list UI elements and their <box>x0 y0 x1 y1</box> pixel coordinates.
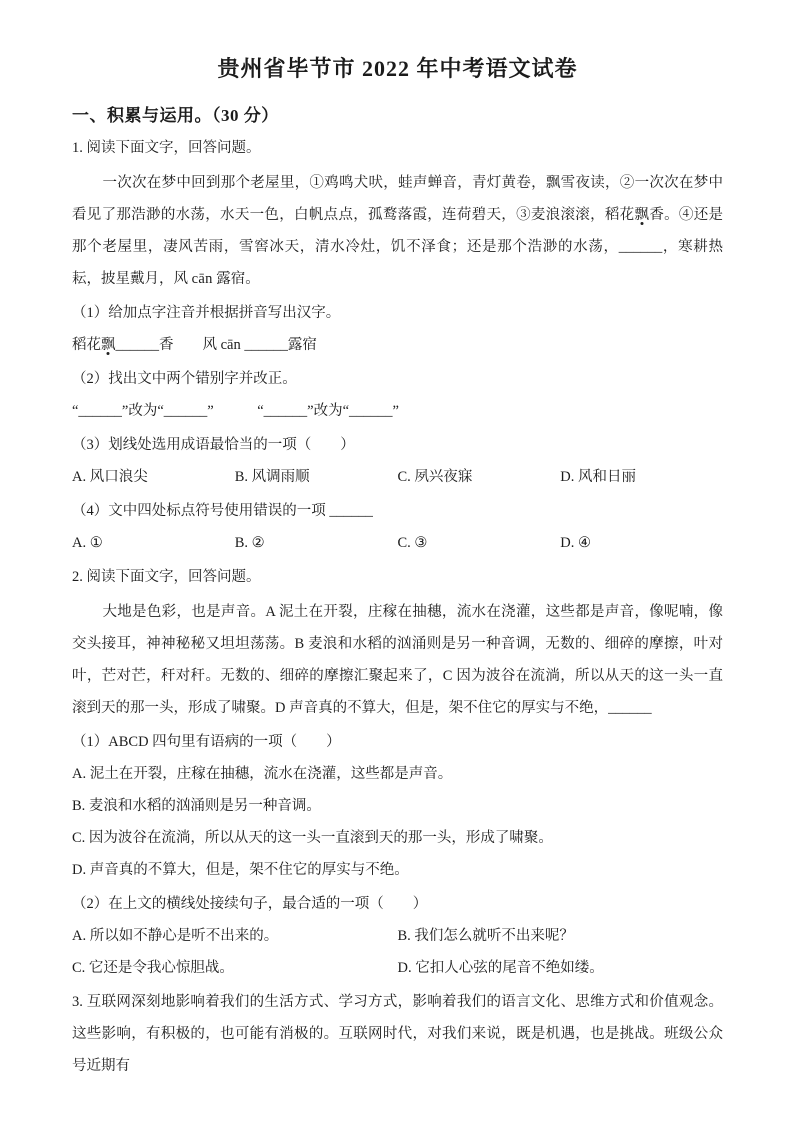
q2-sub2-options: A. 所以如不静心是听不出来的。 B. 我们怎么就听不出来呢？ C. 它还是令我… <box>72 920 723 984</box>
exam-paper-page: 贵州省毕节市 2022 年中考语文试卷 一、积累与运用。（30 分） 1. 阅读… <box>0 0 793 1122</box>
q1-passage-pinyin: cān <box>192 271 213 287</box>
q1-sub4-option-c: C. ③ <box>398 527 561 559</box>
q1-passage-text-3: 露宿。 <box>213 271 260 287</box>
q2-passage: 大地是色彩，也是声音。A 泥土在开裂，庄稼在抽穗，流水在浇灌，这些都是声音，像呢… <box>72 596 723 724</box>
q2-intro: 2. 阅读下面文字，回答问题。 <box>72 561 723 593</box>
q1-sub3-options: A. 风口浪尖 B. 风调雨顺 C. 夙兴夜寐 D. 风和日丽 <box>72 461 723 493</box>
q1-sub4-options: A. ① B. ② C. ③ D. ④ <box>72 527 723 559</box>
q2-sub2-option-a: A. 所以如不静心是听不出来的。 <box>72 920 398 952</box>
q1-sub4-option-a: A. ① <box>72 527 235 559</box>
q1-sub1-blank-line: 稻花飘______香 风 cān ______露宿 <box>72 329 723 361</box>
q2-sub1-options: A. 泥土在开裂，庄稼在抽穗，流水在浇灌，这些都是声音。 B. 麦浪和水稻的汹涌… <box>72 758 723 886</box>
q2-sub1-option-d: D. 声音真的不算大，但是，架不住它的厚实与不绝。 <box>72 854 723 886</box>
q1-sub4-option-b: B. ② <box>235 527 398 559</box>
q2-sub2-option-c: C. 它还是令我心惊胆战。 <box>72 952 398 984</box>
q1-sub3-option-b: B. 风调雨顺 <box>235 461 398 493</box>
q2-sub2-label: （2）在上文的横线处接续句子，最合适的一项（ ） <box>72 888 723 920</box>
q1-sub2-blank-line: “______”改为“______” “______”改为“______” <box>72 395 723 427</box>
q2-sub1-label: （1）ABCD 四句里有语病的一项（ ） <box>72 726 723 758</box>
q1-sub1-blanks: ______香 风 cān ______露宿 <box>116 337 317 353</box>
q1-sub4-option-d: D. ④ <box>560 527 723 559</box>
q2-sub1-option-b: B. 麦浪和水稻的汹涌则是另一种音调。 <box>72 790 723 822</box>
q1-sub1-text-before: 稻花 <box>72 337 101 353</box>
q2-sub2-option-d: D. 它扣人心弦的尾音不绝如缕。 <box>398 952 724 984</box>
q3-text: 3. 互联网深刻地影响着我们的生活方式、学习方式，影响着我们的语言文化、思维方式… <box>72 986 723 1082</box>
q2-sub1-option-c: C. 因为波谷在流淌，所以从天的这一头一直滚到天的那一头，形成了啸聚。 <box>72 822 723 854</box>
q1-passage-text-1: 一次次在梦中回到那个老屋里，①鸡鸣犬吠，蛙声蝉音，青灯黄卷，飘雪夜读，②一次次在… <box>72 175 723 223</box>
q2-sub2-option-b: B. 我们怎么就听不出来呢？ <box>398 920 724 952</box>
q1-sub1-dotted-char: 飘 <box>101 337 116 353</box>
q1-sub3-option-d: D. 风和日丽 <box>560 461 723 493</box>
page-title: 贵州省毕节市 2022 年中考语文试卷 <box>72 52 723 83</box>
q1-passage: 一次次在梦中回到那个老屋里，①鸡鸣犬吠，蛙声蝉音，青灯黄卷，飘雪夜读，②一次次在… <box>72 167 723 295</box>
section-heading: 一、积累与运用。（30 分） <box>72 101 723 126</box>
q2-sub1-option-a: A. 泥土在开裂，庄稼在抽穗，流水在浇灌，这些都是声音。 <box>72 758 723 790</box>
q1-sub3-option-a: A. 风口浪尖 <box>72 461 235 493</box>
q1-sub4-label: （4）文中四处标点符号使用错误的一项 ______ <box>72 495 723 527</box>
q1-sub1-label: （1）给加点字注音并根据拼音写出汉字。 <box>72 297 723 329</box>
q1-sub3-option-c: C. 夙兴夜寐 <box>398 461 561 493</box>
q1-passage-dotted-char: 飘 <box>635 207 650 223</box>
q1-sub2-label: （2）找出文中两个错别字并改正。 <box>72 363 723 395</box>
q1-intro: 1. 阅读下面文字，回答问题。 <box>72 132 723 164</box>
q1-sub3-label: （3）划线处选用成语最恰当的一项（ ） <box>72 429 723 461</box>
